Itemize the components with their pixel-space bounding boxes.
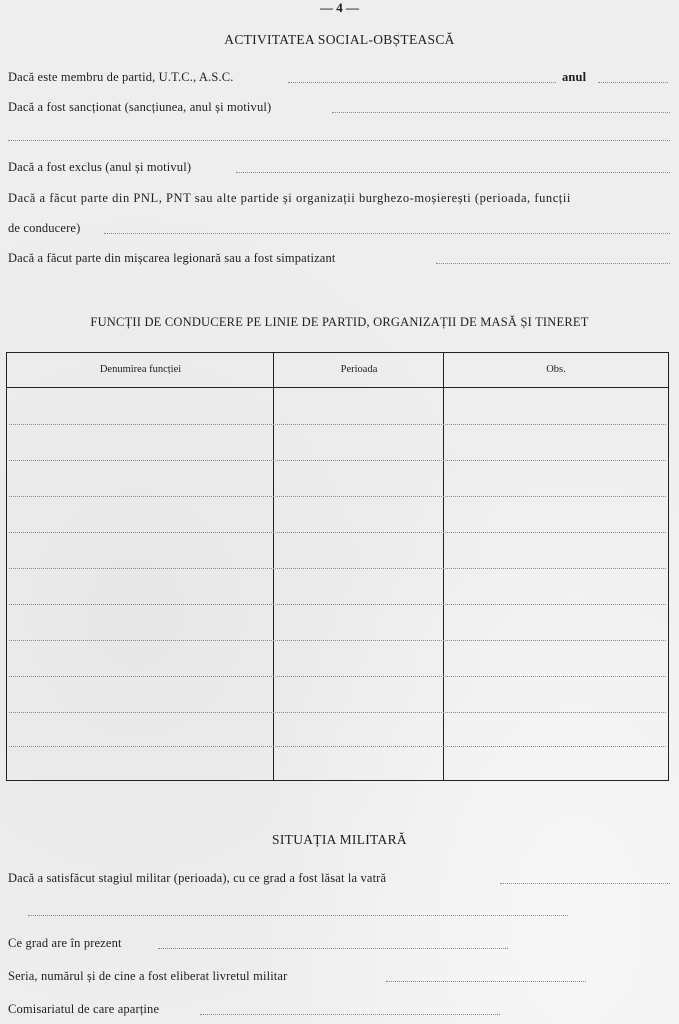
column-header-obs: Obs. (444, 353, 668, 386)
field-label-leadership: de conducere) (8, 221, 80, 236)
page-number: — 4 — (0, 0, 679, 16)
table-row[interactable] (9, 532, 666, 533)
field-label-bourgeois-parties: Dacă a făcut parte din PNL, PNT sau alte… (8, 191, 571, 206)
field-input-military-service[interactable] (500, 883, 670, 884)
field-input-commissariat[interactable] (200, 1014, 500, 1015)
column-divider (273, 353, 274, 780)
field-label-year: anul (562, 70, 586, 85)
field-label-excluded: Dacă a fost exclus (anul și motivul) (8, 160, 191, 175)
field-label-sanctioned: Dacă a fost sancționat (sancțiunea, anul… (8, 100, 271, 115)
table-row[interactable] (9, 604, 666, 605)
table-row[interactable] (9, 640, 666, 641)
field-label-military-booklet: Seria, numărul și de cine a fost elibera… (8, 969, 287, 984)
table-row[interactable] (9, 712, 666, 713)
field-label-commissariat: Comisariatul de care aparține (8, 1002, 159, 1017)
column-header-period: Perioada (274, 353, 444, 386)
table-row[interactable] (9, 676, 666, 677)
field-label-legionary: Dacă a făcut parte din mișcarea legionar… (8, 251, 336, 266)
table-row[interactable] (9, 746, 666, 747)
column-divider (443, 353, 444, 780)
table-row[interactable] (9, 460, 666, 461)
field-input-legionary[interactable] (436, 263, 670, 264)
field-input-military-booklet[interactable] (386, 981, 586, 982)
table-header: Denumirea funcției Perioada Obs. (7, 353, 668, 388)
section-title-social: ACTIVITATEA SOCIAL-OBȘTEASCĂ (0, 32, 679, 48)
functions-table: Denumirea funcției Perioada Obs. (6, 352, 669, 781)
field-label-party-member: Dacă este membru de partid, U.T.C., A.S.… (8, 70, 233, 85)
table-row[interactable] (9, 424, 666, 425)
field-input-military-service-continued[interactable] (28, 915, 568, 916)
field-input-party-member[interactable] (288, 82, 556, 83)
field-input-sanctioned[interactable] (332, 112, 670, 113)
table-row[interactable] (9, 496, 666, 497)
field-input-sanctioned-continued[interactable] (8, 140, 670, 141)
field-input-year[interactable] (598, 82, 668, 83)
field-input-bourgeois-parties[interactable] (104, 233, 670, 234)
field-label-current-rank: Ce grad are în prezent (8, 936, 122, 951)
field-input-current-rank[interactable] (158, 948, 508, 949)
section-title-functions: FUNCȚII DE CONDUCERE PE LINIE DE PARTID,… (0, 315, 679, 330)
table-row[interactable] (9, 568, 666, 569)
section-title-military: SITUAȚIA MILITARĂ (0, 832, 679, 848)
form-page: — 4 — ACTIVITATEA SOCIAL-OBȘTEASCĂ Dacă … (0, 0, 679, 1024)
field-input-excluded[interactable] (236, 172, 670, 173)
field-label-military-service: Dacă a satisfăcut stagiul militar (perio… (8, 871, 386, 886)
column-header-function-name: Denumirea funcției (7, 353, 274, 386)
